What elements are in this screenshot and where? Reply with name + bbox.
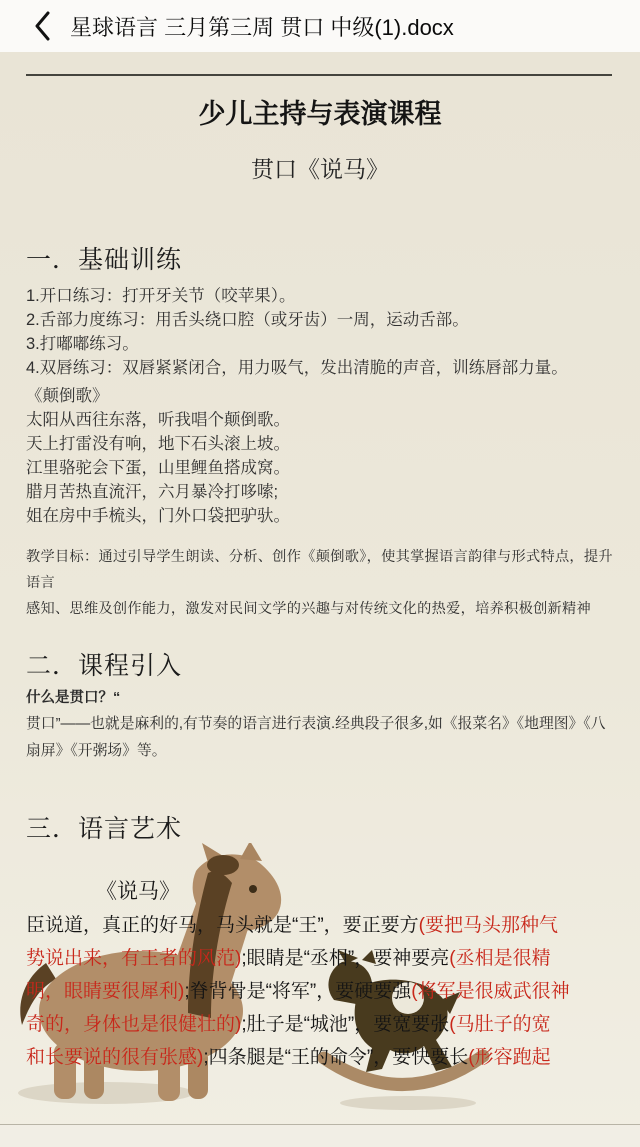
intro-answer-line: 扇屏》《开粥场》等。: [26, 738, 614, 765]
teaching-goal: 教学目标：通过引导学生朗读、分析、创作《颠倒歌》，使其掌握语言韵律与形式特点，提…: [26, 544, 614, 622]
speech-line: 势说出来，有王者的风范);眼睛是“丞相”，要神要亮(丞相是很精: [26, 942, 614, 975]
speech-text: ;四条腿是“王的命令”，要快要长: [203, 1047, 468, 1068]
speech-text: ;肚子是“城池”，要宽要张: [241, 1014, 449, 1035]
document-content: 少儿主持与表演课程 贯口《说马》 一．基础训练 1.开口练习：打开牙关节（咬苹果…: [0, 92, 640, 1074]
speech-paragraph: 臣说道，真正的好马，马头就是“王”，要正要方(要把马头那种气势说出来，有王者的风…: [26, 909, 614, 1074]
poem-line: 天上打雷没有响，地下石头滚上坡。: [26, 432, 614, 456]
speech-text: 臣说道，真正的好马，马头就是“王”，要正要方: [26, 915, 419, 936]
speech-line: 臣说道，真正的好马，马头就是“王”，要正要方(要把马头那种气: [26, 909, 614, 942]
annotation-red-text: 和长要说的很有张感): [26, 1047, 203, 1068]
annotation-red-text: (形容跑起: [468, 1047, 550, 1068]
exercise-item: 2.舌部力度练习：用舌头绕口腔（或牙齿）一周，运动舌部。: [26, 308, 614, 332]
exercise-item: 3.打嘟嘟练习。: [26, 332, 614, 356]
goal-line: 语言: [26, 570, 614, 596]
annotation-red-text: 奇的，身体也是很健壮的): [26, 1014, 241, 1035]
poem-line: 《颠倒歌》: [26, 384, 614, 408]
exercise-item: 1.开口练习：打开牙关节（咬苹果）。: [26, 284, 614, 308]
goal-line: 教学目标：通过引导学生朗读、分析、创作《颠倒歌》，使其掌握语言韵律与形式特点，提…: [26, 544, 614, 570]
chevron-left-icon: [34, 11, 50, 41]
intro-answer-line: 贯口”——也就是麻利的,有节奏的语言进行表演.经典段子很多,如《报菜名》《地理图…: [26, 711, 614, 738]
app-bar: 星球语言 三月第三周 贯口 中级(1).docx: [0, 0, 640, 52]
speech-line: 和长要说的很有张感);四条腿是“王的命令”，要快要长(形容跑起: [26, 1041, 614, 1074]
bottom-divider: [0, 1124, 640, 1147]
poem-line: 腊月苦热直流汗，六月暴冷打哆嗦;: [26, 480, 614, 504]
section3-heading: 三．语言艺术: [26, 809, 614, 845]
exercise-item: 4.双唇练习：双唇紧紧闭合，用力吸气，发出清脆的声音，训练唇部力量。: [26, 356, 614, 380]
document-filename: 星球语言 三月第三周 贯口 中级(1).docx: [70, 11, 454, 42]
top-divider: [26, 74, 612, 76]
annotation-red-text: (将军是很威武很神: [411, 981, 569, 1002]
annotation-red-text: 势说出来，有王者的风范): [26, 948, 241, 969]
speech-text: ;眼睛是“丞相”，要神要亮: [241, 948, 449, 969]
section2-heading: 二．课程引入: [26, 646, 614, 682]
exercise-list: 1.开口练习：打开牙关节（咬苹果）。2.舌部力度练习：用舌头绕口腔（或牙齿）一周…: [26, 284, 614, 380]
intro-answer: 贯口”——也就是麻利的,有节奏的语言进行表演.经典段子很多,如《报菜名》《地理图…: [26, 711, 614, 765]
speech-line: 奇的，身体也是很健壮的);肚子是“城池”，要宽要张(马肚子的宽: [26, 1008, 614, 1041]
annotation-red-text: (马肚子的宽: [449, 1014, 550, 1035]
speech-line: 明，眼睛要很犀利);脊背骨是“将军”，要硬要强(将军是很威武很神: [26, 975, 614, 1008]
document-page[interactable]: 少儿主持与表演课程 贯口《说马》 一．基础训练 1.开口练习：打开牙关节（咬苹果…: [0, 52, 640, 1147]
intro-question: 什么是贯口？“: [26, 686, 614, 707]
document-title: 少儿主持与表演课程: [26, 92, 614, 131]
rocking-horse-shadow: [340, 1096, 476, 1110]
poem-line: 太阳从西往东落，听我唱个颠倒歌。: [26, 408, 614, 432]
annotation-red-text: (丞相是很精: [449, 948, 550, 969]
annotation-red-text: (要把马头那种气: [419, 915, 558, 936]
poem-line: 江里骆驼会下蛋，山里鲤鱼搭成窝。: [26, 456, 614, 480]
goal-line: 感知、思维及创作能力，激发对民间文学的兴趣与对传统文化的热爱，培养积极创新精神: [26, 596, 614, 622]
back-button[interactable]: [0, 7, 70, 45]
document-subtitle: 贯口《说马》: [26, 151, 614, 184]
document-viewer-screen: 星球语言 三月第三周 贯口 中级(1).docx: [0, 0, 640, 1147]
section1-heading: 一．基础训练: [26, 240, 614, 276]
poem-block: 《颠倒歌》太阳从西往东落，听我唱个颠倒歌。天上打雷没有响，地下石头滚上坡。江里骆…: [26, 384, 614, 528]
speech-text: ;脊背骨是“将军”，要硬要强: [184, 981, 411, 1002]
piece-title: 《说马》: [96, 875, 614, 905]
annotation-red-text: 明，眼睛要很犀利): [26, 981, 184, 1002]
poem-line: 姐在房中手梳头，门外口袋把驴驮。: [26, 504, 614, 528]
